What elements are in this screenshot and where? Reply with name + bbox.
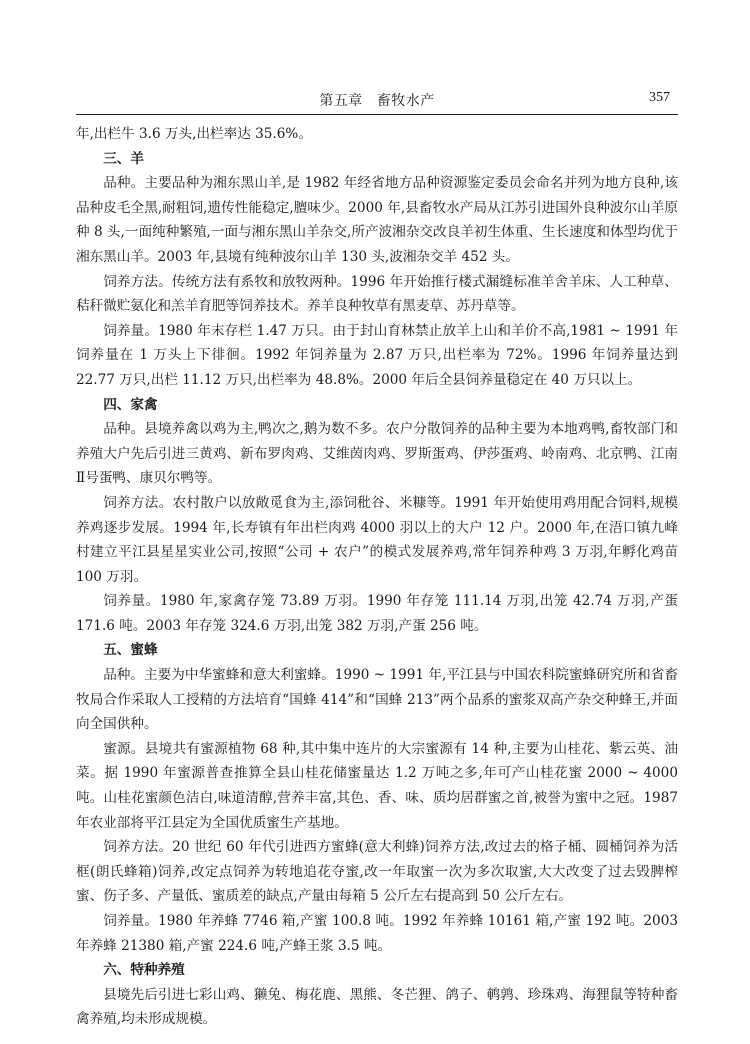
section-heading-sheep: 三、羊 bbox=[76, 147, 678, 172]
paragraph-bee-nectar: 蜜源。县境共有蜜源植物 68 种,其中集中连片的大宗蜜源有 14 种,主要为山桂… bbox=[76, 737, 678, 835]
chapter-title: 第五章畜牧水产 bbox=[76, 90, 678, 110]
page-number: 357 bbox=[649, 90, 670, 106]
book-page: 第五章畜牧水产 357 年,出栏牛 3.6 万头,出栏率达 35.6%。 三、羊… bbox=[76, 88, 678, 1032]
paragraph-sheep-breeds: 品种。主要品种为湘东黑山羊,是 1982 年经省地方品种资源鉴定委员会命名并列为… bbox=[76, 171, 678, 269]
paragraph-poultry-breeds: 品种。县境养禽以鸡为主,鸭次之,鹅为数不多。农户分散饲养的品种主要为本地鸡鸭,畜… bbox=[76, 417, 678, 491]
paragraph-poultry-volume: 饲养量。1980 年,家禽存笼 73.89 万羽。1990 年存笼 111.14… bbox=[76, 589, 678, 638]
paragraph-poultry-methods: 饲养方法。农村散户以放敞觅食为主,添饲秕谷、米糠等。1991 年开始使用鸡用配合… bbox=[76, 491, 678, 589]
running-header: 第五章畜牧水产 357 bbox=[76, 88, 678, 115]
paragraph-bee-methods: 饲养方法。20 世纪 60 年代引进西方蜜蜂(意大利蜂)饲养方法,改过去的格子桶… bbox=[76, 835, 678, 909]
paragraph-continuation: 年,出栏牛 3.6 万头,出栏率达 35.6%。 bbox=[76, 122, 678, 147]
section-heading-poultry: 四、家禽 bbox=[76, 393, 678, 418]
section-heading-bees: 五、蜜蜂 bbox=[76, 638, 678, 663]
body-text: 年,出栏牛 3.6 万头,出栏率达 35.6%。 三、羊 品种。主要品种为湘东黑… bbox=[76, 122, 678, 1032]
paragraph-sheep-methods: 饲养方法。传统方法有系牧和放牧两种。1996 年开始推行楼式漏缝标准羊舍羊床、人… bbox=[76, 270, 678, 319]
paragraph-special-breeding: 县境先后引进七彩山鸡、獭兔、梅花鹿、黑熊、冬芒狸、鸽子、鹌鹑、珍珠鸡、海狸鼠等特… bbox=[76, 983, 678, 1032]
paragraph-bee-volume: 饲养量。1980 年养蜂 7746 箱,产蜜 100.8 吨。1992 年养蜂 … bbox=[76, 909, 678, 958]
chapter-name: 畜牧水产 bbox=[377, 93, 435, 109]
paragraph-sheep-volume: 饲养量。1980 年末存栏 1.47 万只。由于封山育林禁止放羊上山和羊价不高,… bbox=[76, 319, 678, 393]
paragraph-bee-breeds: 品种。主要为中华蜜蜂和意大利蜜蜂。1990 ~ 1991 年,平江县与中国农科院… bbox=[76, 663, 678, 737]
section-heading-special: 六、特种养殖 bbox=[76, 958, 678, 983]
chapter-number: 第五章 bbox=[319, 93, 363, 109]
